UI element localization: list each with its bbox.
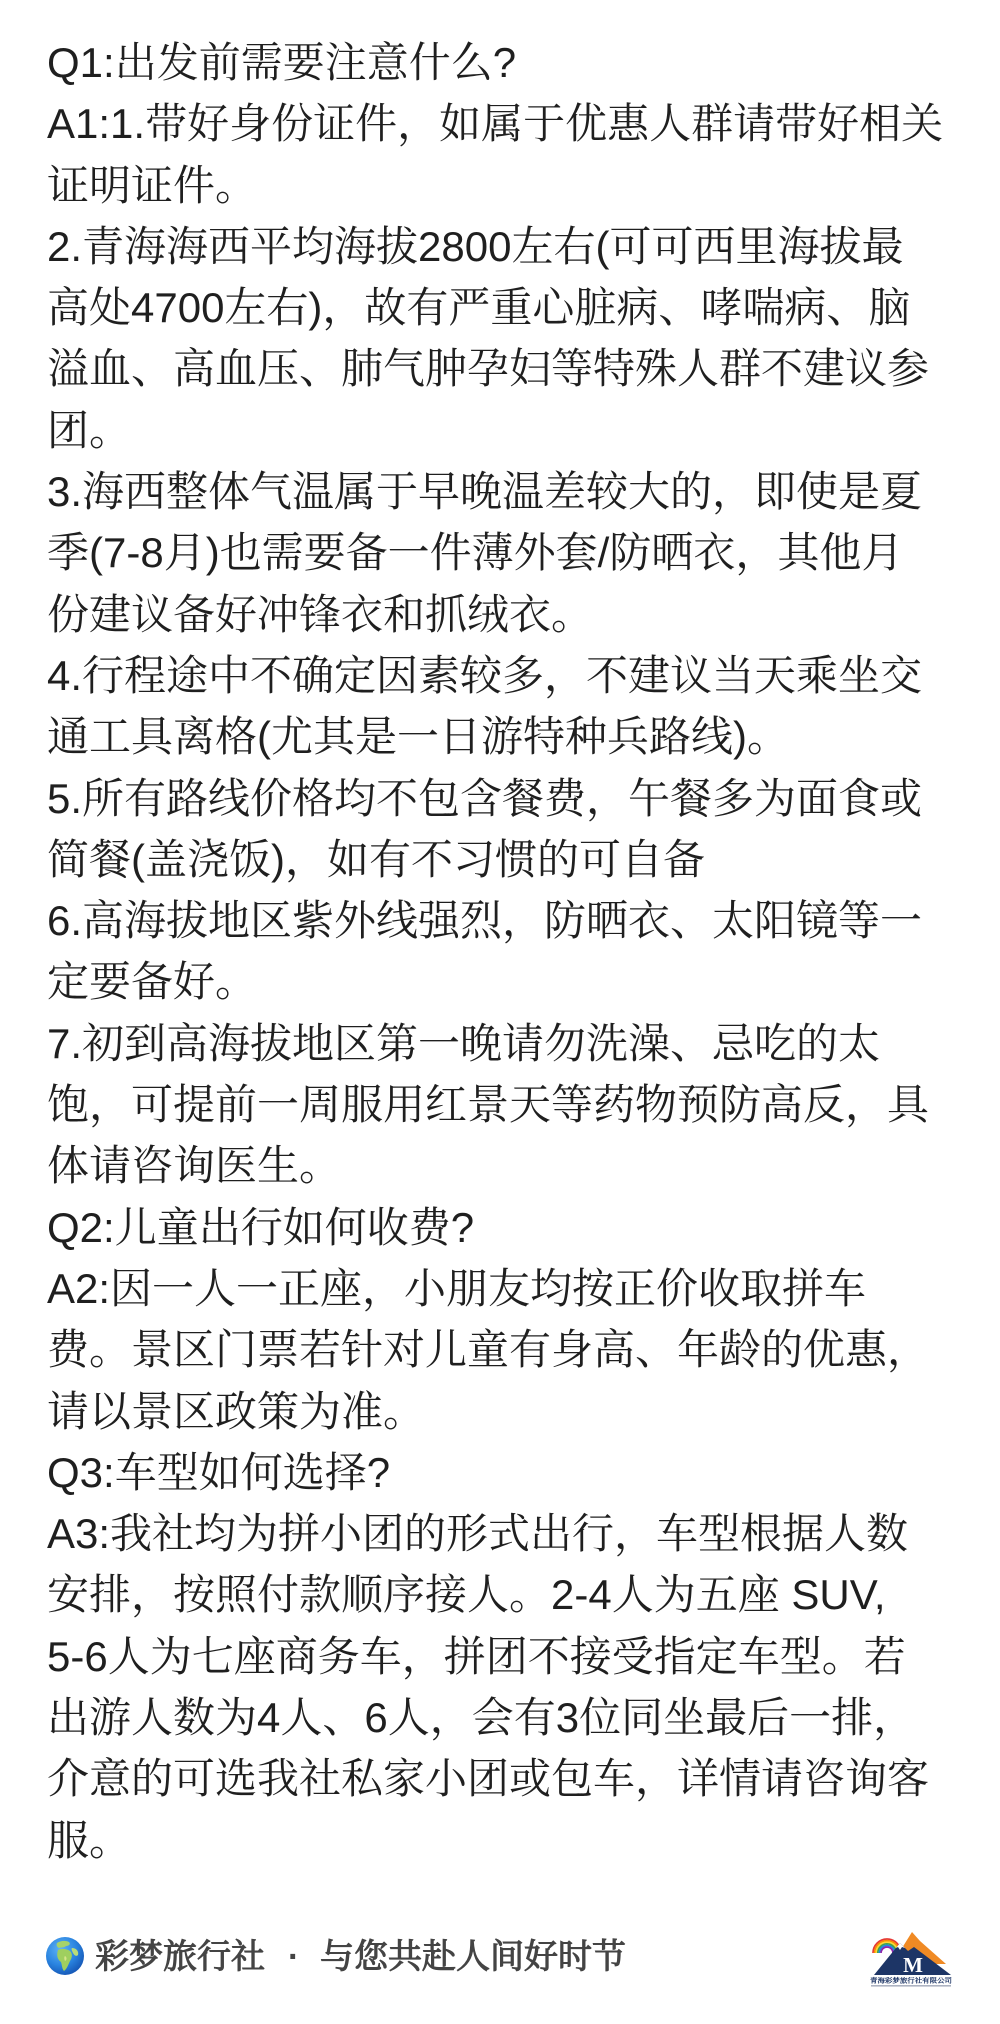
answer-line: 季(7-8月)也需要备一件薄外套/防晒衣，其他月 — [47, 522, 987, 583]
answer-line: A1:1.带好身份证件，如属于优惠人群请带好相关 — [47, 93, 987, 154]
answer-line: 体请咨询医生。 — [47, 1135, 987, 1196]
answer-line: 团。 — [47, 400, 987, 461]
brand-name: 彩梦旅行社 — [95, 1937, 265, 1977]
answer-line: 高处4700左右)，故有严重心脏病、哮喘病、脑 — [47, 277, 987, 338]
answer-line: 定要备好。 — [47, 951, 987, 1012]
answer-line: A3:我社均为拼小团的形式出行，车型根据人数 — [47, 1503, 987, 1564]
answer-line: 6.高海拔地区紫外线强烈，防晒衣、太阳镜等一 — [47, 890, 987, 951]
answer-line: 证明证件。 — [47, 155, 987, 216]
slogan: 与您共赴人间好时节 — [320, 1937, 626, 1977]
question-text: Q2:儿童出行如何收费? — [47, 1197, 987, 1258]
logo-company-name: 青海彩梦旅行社有限公司 — [870, 1976, 953, 1985]
answer-line: 通工具离格(尤其是一日游特种兵路线)。 — [47, 706, 987, 767]
answer-line: 出游人数为4人、6人，会有3位同坐最后一排， — [47, 1687, 987, 1748]
question-text: Q1:出发前需要注意什么? — [47, 32, 987, 93]
answer-line: 溢血、高血压、肺气肿孕妇等特殊人群不建议参 — [47, 338, 987, 399]
answer-line: 介意的可选我社私家小团或包车，详情请咨询客 — [47, 1748, 987, 1809]
answer-line: 安排，按照付款顺序接人。2-4人为五座 SUV, — [47, 1564, 987, 1625]
answer-line: 2.青海海西平均海拔2800左右(可可西里海拔最 — [47, 216, 987, 277]
globe-icon — [45, 1936, 85, 1976]
page: { "faq": [ { "question": "Q1:出发前需要注意什么?"… — [0, 0, 1000, 2024]
answer-line: 简餐(盖浇饭)，如有不习惯的可自备 — [47, 829, 987, 890]
answer-line: 4.行程途中不确定因素较多，不建议当天乘坐交 — [47, 645, 987, 706]
answer-line: 7.初到高海拔地区第一晚请勿洗澡、忌吃的太 — [47, 1013, 987, 1074]
separator-dot: · — [288, 1937, 299, 1977]
faq-item-1: Q1:出发前需要注意什么? A1:1.带好身份证件，如属于优惠人群请带好相关 证… — [47, 32, 987, 1197]
answer-line: 饱，可提前一周服用红景天等药物预防高反，具 — [47, 1074, 987, 1135]
answer-line: 费。景区门票若针对儿童有身高、年龄的优惠， — [47, 1319, 987, 1380]
logo-mark: M — [903, 1953, 923, 1977]
question-text: Q3:车型如何选择? — [47, 1442, 987, 1503]
company-logo: M 青海彩梦旅行社有限公司 — [866, 1926, 958, 1992]
answer-line: A2:因一人一正座，小朋友均按正价收取拼车 — [47, 1258, 987, 1319]
answer-line: 5.所有路线价格均不包含餐费，午餐多为面食或 — [47, 768, 987, 829]
answer-line: 份建议备好冲锋衣和抓绒衣。 — [47, 584, 987, 645]
faq-content: Q1:出发前需要注意什么? A1:1.带好身份证件，如属于优惠人群请带好相关 证… — [47, 32, 987, 1871]
answer-line: 服。 — [47, 1810, 987, 1871]
footer-banner: 彩梦旅行社 · 与您共赴人间好时节 M 青海彩梦旅行社有限公司 — [0, 1920, 1000, 2000]
faq-item-3: Q3:车型如何选择? A3:我社均为拼小团的形式出行，车型根据人数 安排，按照付… — [47, 1442, 987, 1871]
answer-line: 3.海西整体气温属于早晚温差较大的，即使是夏 — [47, 461, 987, 522]
faq-item-2: Q2:儿童出行如何收费? A2:因一人一正座，小朋友均按正价收取拼车 费。景区门… — [47, 1197, 987, 1442]
answer-line: 请以景区政策为准。 — [47, 1381, 987, 1442]
answer-line: 5-6人为七座商务车，拼团不接受指定车型。若 — [47, 1626, 987, 1687]
